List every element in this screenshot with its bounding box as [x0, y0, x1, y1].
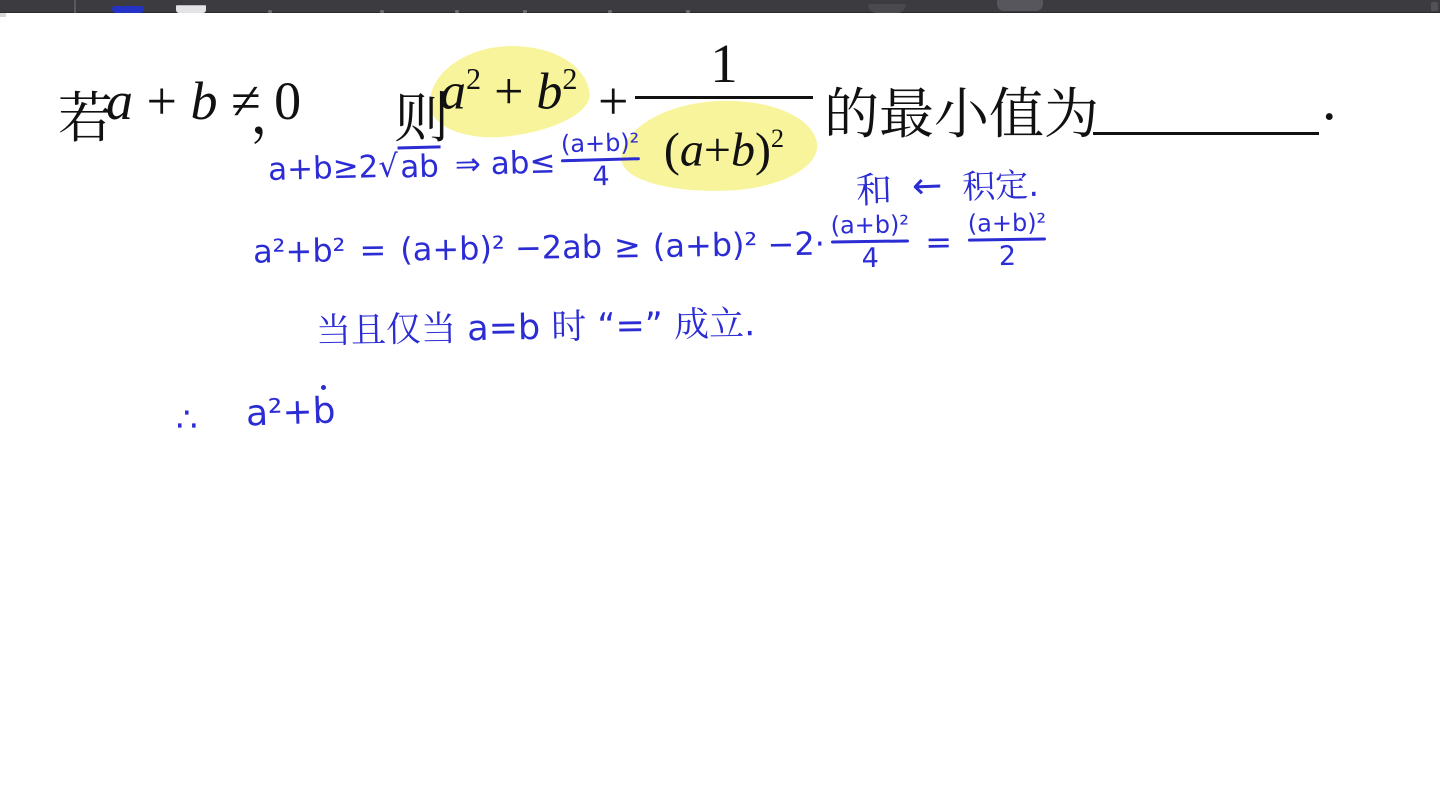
ink-frac-num: (a+b)²: [561, 128, 640, 158]
tool-dot-icon[interactable]: [380, 10, 384, 13]
problem-term1: a2 + b2: [440, 62, 577, 122]
answer-blank-underline: [1093, 90, 1319, 135]
ink-line-derivation: a²+b² = (a+b)² −2ab ≥ (a+b)² −2· (a+b)² …: [253, 208, 1053, 282]
condition-plus: +: [147, 71, 177, 131]
implies-arrow: ⇒: [454, 146, 481, 183]
den-var-b: b: [731, 123, 755, 176]
term1-a-exponent: 2: [466, 62, 481, 96]
term1-b-exponent: 2: [562, 62, 577, 96]
ink-fraction-half: (a+b)² 2: [968, 209, 1047, 273]
term1-b: b: [536, 64, 562, 121]
ink-side-note: 和 ← 积定.: [855, 157, 1039, 214]
den-exponent: 2: [771, 123, 784, 153]
ink-fraction-ab4: (a+b)² 4: [561, 128, 641, 193]
den-var-a: a: [680, 123, 704, 176]
term1-plus: +: [494, 64, 523, 121]
sqrt-radicand: ab: [398, 145, 442, 185]
left-arrow: ←: [911, 165, 943, 207]
problem-period: .: [1322, 66, 1337, 133]
video-frame: 若 a + b ≠ 0 ， 则 a2 + b2 + 1 (a+b)2 的最小值为…: [0, 0, 1440, 810]
tool-dot-icon[interactable]: [608, 10, 612, 13]
ink-deriv-expansion: (a+b)² −2ab: [400, 227, 602, 268]
ink-amgm-mid: ab≤: [490, 144, 556, 182]
sqrt-sign: √: [378, 148, 399, 185]
therefore-sign: ∴: [176, 400, 198, 440]
ink-equality-condition: 当且仅当 a=b 时 “=” 成立.: [316, 296, 756, 354]
pen-tool-icon[interactable]: [112, 6, 144, 13]
tool-dot-icon[interactable]: [455, 10, 459, 13]
ink-frac2-den: 2: [999, 242, 1017, 272]
den-open-paren: (: [664, 123, 680, 176]
page-corner-notch: [0, 13, 6, 17]
ink-frac1-den: 4: [861, 244, 879, 274]
ink-stray-dot: [321, 385, 326, 390]
ink-deriv-eq: =: [359, 230, 386, 268]
fraction-denominator: (a+b)2: [664, 99, 784, 189]
ink-deriv-bound: (a+b)² −2·: [653, 224, 826, 264]
ink-fraction-quarter: (a+b)² 4: [830, 210, 909, 274]
toolbar-edge-button[interactable]: [1431, 2, 1438, 11]
ink-frac2-num: (a+b)²: [968, 209, 1047, 238]
condition-var-a: a: [106, 71, 133, 131]
active-tool-pill[interactable]: [997, 0, 1043, 11]
ink-sum-char: 和: [855, 162, 893, 214]
ink-product-fixed-label: 积定.: [961, 159, 1039, 209]
problem-prefix: 若: [58, 74, 113, 153]
condition-var-b: b: [190, 71, 217, 131]
ink-line-amgm: a+b≥2 √ ab ⇒ ab≤ (a+b)² 4: [267, 128, 646, 201]
tool-dot-icon[interactable]: [523, 10, 527, 13]
fraction-numerator: 1: [710, 34, 738, 94]
ink-deriv-geq: ≥: [614, 227, 641, 265]
annotation-toolbar: [0, 0, 1440, 13]
problem-fraction: 1 (a+b)2: [634, 34, 814, 189]
term1-a: a: [440, 64, 466, 121]
color-swatch-icon[interactable]: [868, 4, 906, 13]
den-close-paren: ): [755, 123, 771, 176]
ink-deriv-eq2: =: [925, 222, 952, 260]
tool-dot-icon[interactable]: [268, 10, 272, 13]
eraser-tool-icon[interactable]: [176, 5, 206, 13]
ink-frac-den: 4: [592, 162, 610, 192]
ink-unfinished-expr: a²+b: [245, 390, 336, 434]
ink-frac1-num: (a+b)²: [830, 210, 909, 239]
den-plus: +: [704, 123, 731, 176]
problem-suffix: 的最小值为: [824, 70, 1099, 149]
ink-deriv-lhs: a²+b²: [253, 231, 346, 270]
tool-dot-icon[interactable]: [686, 10, 690, 13]
toolbar-separator: [74, 0, 76, 13]
problem-plus-before-fraction: +: [598, 70, 628, 132]
ink-amgm-lead: a+b≥2: [268, 149, 379, 188]
